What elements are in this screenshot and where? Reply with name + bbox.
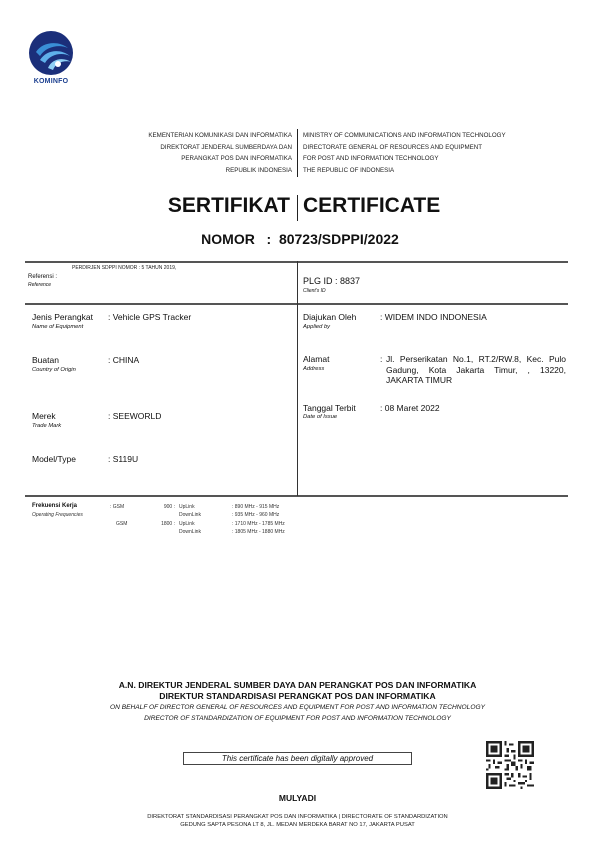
freq-band-1-uplink-range: : 890 MHz - 915 MHz bbox=[232, 504, 279, 510]
ministry-id-line: PERANGKAT POS DAN INFORMATIKA bbox=[90, 153, 292, 165]
kominfo-logo: KOMINFO bbox=[28, 30, 74, 92]
signer-name: MULYADI bbox=[150, 793, 445, 803]
applied-by-text: WIDEM INDO INDONESIA bbox=[385, 312, 487, 322]
frequency-label-en: Operating Frequencies bbox=[32, 512, 83, 518]
freq-band-2-tech: GSM bbox=[116, 521, 127, 527]
signature-line-3: ON BEHALF OF DIRECTOR GENERAL OF RESOURC… bbox=[40, 703, 555, 713]
trademark-value: : SEEWORLD bbox=[108, 411, 161, 421]
equipment-name-label: Jenis Perangkat bbox=[32, 312, 93, 322]
model-text: S119U bbox=[113, 454, 138, 464]
origin-text: CHINA bbox=[113, 355, 139, 365]
ministry-name-en: MINISTRY OF COMMUNICATIONS AND INFORMATI… bbox=[303, 130, 563, 176]
address-value: Jl. Perserikatan No.1, RT.2/RW.8, Kec. P… bbox=[386, 354, 566, 386]
signature-line-2: DIREKTUR STANDARDISASI PERANGKAT POS DAN… bbox=[40, 691, 555, 702]
client-id-label: PLG ID bbox=[303, 276, 333, 286]
footer: DIREKTORAT STANDARDISASI PERANGKAT POS D… bbox=[60, 813, 535, 829]
issue-date-label-en: Date of Issue bbox=[303, 414, 337, 420]
freq-range: 1805 MHz - 1880 MHz bbox=[235, 529, 285, 535]
trademark-label-en: Trade Mark bbox=[32, 423, 61, 429]
freq-band-2-uplink-range: : 1710 MHz - 1785 MHz bbox=[232, 521, 285, 527]
freq-band-1-uplink-label: UpLink bbox=[179, 504, 195, 510]
applied-by-value: : WIDEM INDO INDONESIA bbox=[380, 312, 487, 322]
equipment-name-label-en: Name of Equipment bbox=[32, 324, 83, 330]
footer-line-1: DIREKTORAT STANDARDISASI PERANGKAT POS D… bbox=[60, 813, 535, 821]
freq-band-1-downlink-label: DownLink bbox=[179, 512, 201, 518]
reference-regulation: PERDIRJEN SDPPI NOMOR : 5 TAHUN 2019, bbox=[72, 265, 176, 271]
trademark-text: SEEWORLD bbox=[113, 411, 162, 421]
title-id: SERTIFIKAT bbox=[100, 194, 290, 218]
issue-date-label: Tanggal Terbit bbox=[303, 403, 356, 413]
applied-by-label: Diajukan Oleh bbox=[303, 312, 356, 322]
ministry-name-id: KEMENTERIAN KOMUNIKASI DAN INFORMATIKA D… bbox=[90, 130, 292, 176]
equipment-name-value: : Vehicle GPS Tracker bbox=[108, 312, 191, 322]
title-en: CERTIFICATE bbox=[303, 194, 563, 218]
issue-date-text: 08 Maret 2022 bbox=[385, 403, 440, 413]
trademark-label: Merek bbox=[32, 411, 56, 421]
header-divider bbox=[297, 129, 298, 177]
freq-band-2-band: 1800 : bbox=[155, 521, 175, 527]
issue-date-value: : 08 Maret 2022 bbox=[380, 403, 440, 413]
address-label: Alamat bbox=[303, 354, 329, 364]
signature-line-4: DIRECTOR OF STANDARDIZATION OF EQUIPMENT… bbox=[40, 714, 555, 724]
model-label: Model/Type bbox=[32, 454, 76, 464]
freq-range: 890 MHz - 915 MHz bbox=[235, 504, 279, 510]
ministry-en-line: FOR POST AND INFORMATION TECHNOLOGY bbox=[303, 153, 563, 165]
frequency-label: Frekuensi Kerja bbox=[32, 503, 77, 509]
address-colon: : bbox=[380, 354, 382, 364]
table-column-divider bbox=[297, 261, 298, 496]
ministry-en-line: DIRECTORATE GENERAL OF RESOURCES AND EQU… bbox=[303, 142, 563, 154]
ministry-id-line: DIREKTORAT JENDERAL SUMBERDAYA DAN bbox=[90, 142, 292, 154]
freq-band: 1800 bbox=[161, 521, 172, 527]
footer-line-2: GEDUNG SAPTA PESONA LT 8, JL. MEDAN MERD… bbox=[60, 821, 535, 829]
address-label-en: Address bbox=[303, 366, 324, 372]
digital-approval-note: This certificate has been digitally appr… bbox=[183, 752, 412, 765]
nomor-value: 80723/SDPPI/2022 bbox=[279, 231, 399, 247]
equipment-name-text: Vehicle GPS Tracker bbox=[113, 312, 191, 322]
signature-line-1: A.N. DIREKTUR JENDERAL SUMBER DAYA DAN P… bbox=[40, 680, 555, 691]
ministry-id-line: KEMENTERIAN KOMUNIKASI DAN INFORMATIKA bbox=[90, 130, 292, 142]
origin-value: : CHINA bbox=[108, 355, 139, 365]
freq-band-2-downlink-range: : 1805 MHz - 1880 MHz bbox=[232, 529, 285, 535]
qr-code-icon bbox=[486, 741, 534, 789]
kominfo-logo-icon bbox=[28, 30, 74, 76]
freq-band-2-uplink-label: UpLink bbox=[179, 521, 195, 527]
freq-band-1-downlink-range: : 935 MHz - 960 MHz bbox=[232, 512, 279, 518]
reference-label: Referensi : bbox=[28, 274, 57, 280]
ministry-en-line: MINISTRY OF COMMUNICATIONS AND INFORMATI… bbox=[303, 130, 563, 142]
ministry-en-line: THE REPUBLIC OF INDONESIA bbox=[303, 165, 563, 177]
freq-range: 1710 MHz - 1785 MHz bbox=[235, 521, 285, 527]
freq-band-1-tech: : GSM bbox=[110, 504, 124, 510]
certificate-number: NOMOR : 80723/SDPPI/2022 bbox=[150, 231, 450, 247]
logo-text: KOMINFO bbox=[28, 78, 74, 85]
client-id-label-en: Client's ID bbox=[303, 288, 326, 294]
client-id: PLG ID : 8837 bbox=[303, 276, 360, 286]
freq-tech: GSM bbox=[113, 504, 124, 510]
origin-label-en: Country of Origin bbox=[32, 367, 76, 373]
freq-range: 935 MHz - 960 MHz bbox=[235, 512, 279, 518]
origin-label: Buatan bbox=[32, 355, 59, 365]
freq-band-1-band: 900 : bbox=[157, 504, 175, 510]
title-divider bbox=[297, 195, 298, 221]
qr-code[interactable] bbox=[486, 741, 534, 789]
ministry-id-line: REPUBLIK INDONESIA bbox=[90, 165, 292, 177]
freq-band-2-downlink-label: DownLink bbox=[179, 529, 201, 535]
applied-by-label-en: Applied by bbox=[303, 324, 330, 330]
freq-band: 900 bbox=[164, 504, 172, 510]
model-value: : S119U bbox=[108, 454, 138, 464]
nomor-label: NOMOR bbox=[201, 231, 255, 247]
client-id-value: 8837 bbox=[340, 276, 360, 286]
reference-label-en: Reference bbox=[28, 282, 51, 288]
